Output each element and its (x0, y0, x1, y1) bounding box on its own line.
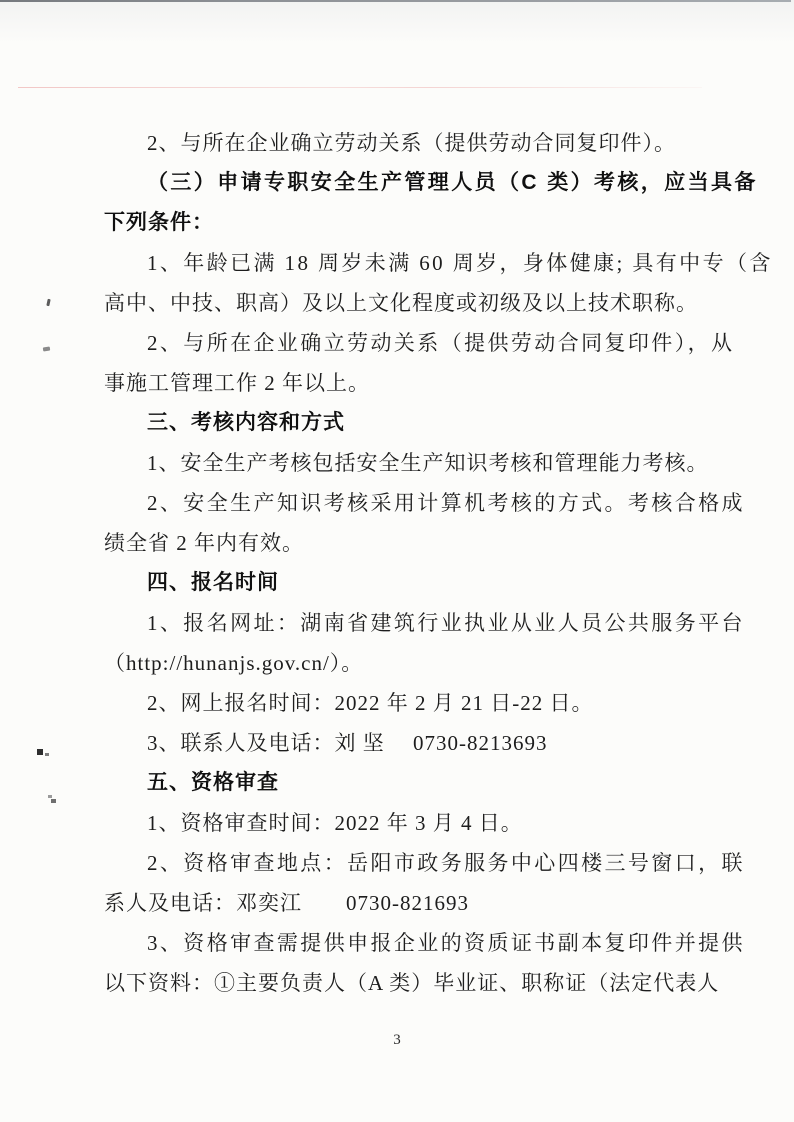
text-line-education-continued: 高中、中技、职高）及以上文化程度或初级及以上技术职称。 (104, 283, 700, 323)
text-line-contact-deng-yijiang: 系人及电话：邓奕江 0730-821693 (104, 883, 700, 923)
document-body: 2、与所在企业确立劳动关系（提供劳动合同复印件）。 （三）申请专职安全生产管理人… (104, 123, 700, 1003)
text-line-work-years-continued: 事施工管理工作 2 年以上。 (104, 363, 700, 403)
text-line-labor-relation-2: 2、与所在企业确立劳动关系（提供劳动合同复印件），从 (104, 323, 700, 363)
scan-artifact-speck-5 (48, 795, 52, 798)
heading-section-assessment: 三、考核内容和方式 (104, 403, 700, 443)
text-line-labor-relation-c: 2、与所在企业确立劳动关系（提供劳动合同复印件）。 (104, 123, 700, 163)
fold-crease-line (18, 87, 702, 88)
heading-section-3-c-class: （三）申请专职安全生产管理人员（C 类）考核，应当具备 (104, 163, 700, 203)
scan-artifact-speck-6 (51, 799, 56, 803)
text-line-review-location: 2、资格审查地点：岳阳市政务服务中心四楼三号窗口，联 (104, 843, 700, 883)
text-line-review-time: 1、资格审查时间：2022 年 3 月 4 日。 (104, 803, 700, 843)
text-line-materials-continued: 以下资料：①主要负责人（A 类）毕业证、职称证（法定代表人 (104, 963, 700, 1003)
heading-conditions-continued: 下列条件： (104, 203, 700, 243)
text-line-validity-continued: 绩全省 2 年内有效。 (104, 523, 700, 563)
text-line-online-registration-date: 2、网上报名时间：2022 年 2 月 21 日-22 日。 (104, 683, 700, 723)
scanned-document-page: 2、与所在企业确立劳动关系（提供劳动合同复印件）。 （三）申请专职安全生产管理人… (0, 0, 794, 1122)
page-number: 3 (0, 1032, 794, 1049)
scan-artifact-speck-1 (46, 299, 50, 306)
heading-section-registration-time: 四、报名时间 (104, 563, 700, 603)
scan-edge-top-line (0, 0, 791, 2)
text-line-contact-liu-jian: 3、联系人及电话：刘 坚 0730-8213693 (104, 723, 700, 763)
scan-top-shade (0, 0, 794, 44)
scan-artifact-speck-2 (43, 347, 50, 352)
text-line-registration-website: 1、报名网址：湖南省建筑行业执业从业人员公共服务平台 (104, 603, 700, 643)
text-line-website-url: （http://hunanjs.gov.cn/）。 (104, 643, 700, 683)
text-line-review-materials: 3、资格审查需提供申报企业的资质证书副本复印件并提供 (104, 923, 700, 963)
text-line-assessment-scope: 1、安全生产考核包括安全生产知识考核和管理能力考核。 (104, 443, 700, 483)
scan-artifact-speck-3 (37, 749, 43, 755)
text-line-computer-exam: 2、安全生产知识考核采用计算机考核的方式。考核合格成 (104, 483, 700, 523)
scan-artifact-speck-4 (45, 753, 49, 756)
text-line-age-requirement: 1、年龄已满 18 周岁未满 60 周岁，身体健康; 具有中专（含 (104, 243, 700, 283)
heading-section-qualification-review: 五、资格审查 (104, 763, 700, 803)
